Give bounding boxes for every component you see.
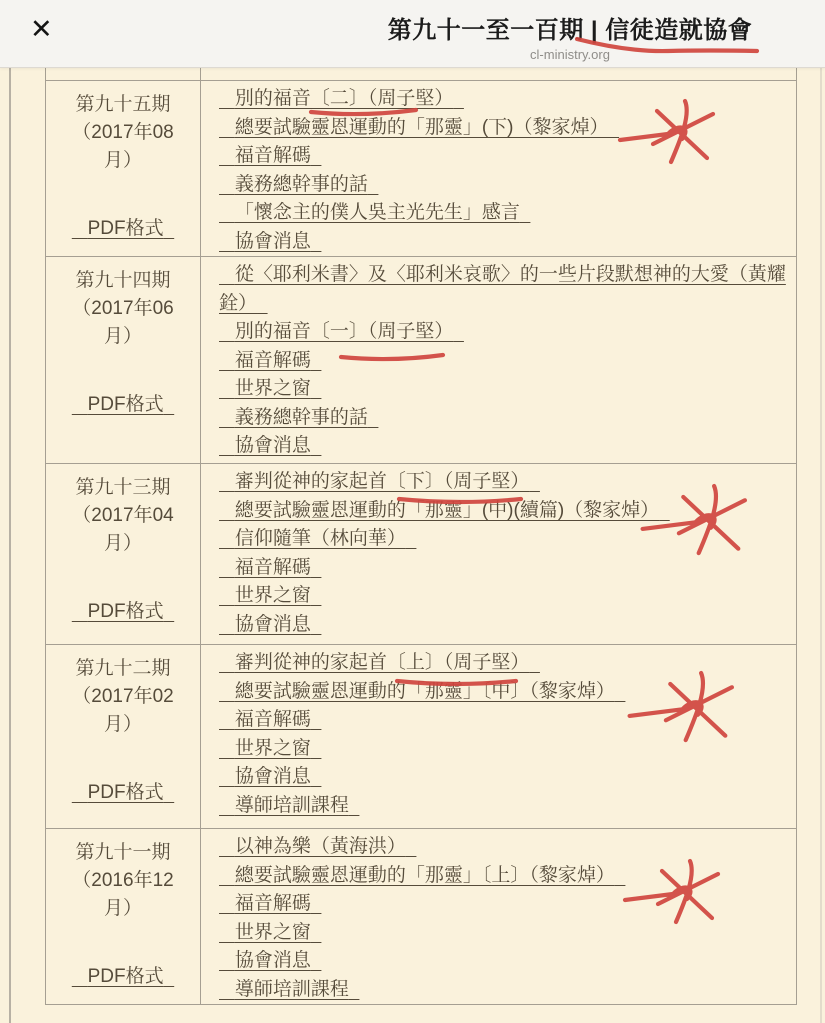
- table-row-partial: [46, 68, 797, 81]
- issues-table: 第九十五期（2017年08月）PDF格式別的福音〔二〕（周子堅）總要試驗靈恩運動…: [45, 67, 797, 1005]
- article-line: 信仰隨筆（林向華）: [219, 525, 788, 554]
- articles-cell: 審判從神的家起首〔下〕（周子堅）總要試驗靈恩運動的「那靈」(中)(續篇)（黎家焯…: [201, 464, 797, 645]
- site-url: cl-ministry.org: [358, 47, 782, 62]
- article-link[interactable]: 審判從神的家起首〔下〕（周子堅）: [219, 471, 540, 492]
- article-link[interactable]: 世界之窗: [219, 378, 321, 399]
- issue-cell: 第九十二期（2017年02月）PDF格式: [46, 645, 201, 829]
- article-line: 協會消息: [219, 611, 788, 640]
- article-line: 義務總幹事的話: [219, 404, 788, 433]
- article-line: 協會消息: [219, 947, 788, 976]
- issue-cell: 第九十一期（2016年12月）PDF格式: [46, 829, 201, 1005]
- article-line: 世界之窗: [219, 375, 788, 404]
- pdf-link[interactable]: PDF格式: [72, 598, 174, 626]
- article-link[interactable]: 總要試驗靈恩運動的「那靈」(下)（黎家焯）: [219, 117, 619, 138]
- issue-date: （2017年08月）: [61, 119, 185, 175]
- article-link[interactable]: 協會消息: [219, 614, 321, 635]
- article-link[interactable]: 信仰隨筆（林向華）: [219, 528, 416, 549]
- article-line: 世界之窗: [219, 735, 788, 764]
- article-line: 義務總幹事的話: [219, 171, 788, 200]
- article-link[interactable]: 義務總幹事的話: [219, 407, 378, 428]
- issue-cell: 第九十五期（2017年08月）PDF格式: [46, 81, 201, 257]
- article-link[interactable]: 福音解碼: [219, 145, 321, 166]
- article-link[interactable]: 世界之窗: [219, 922, 321, 943]
- issue-number: 第九十一期: [47, 839, 199, 867]
- article-link[interactable]: 福音解碼: [219, 893, 321, 914]
- article-line: 導師培訓課程: [219, 976, 788, 1005]
- article-link[interactable]: 協會消息: [219, 950, 321, 971]
- close-icon[interactable]: ✕: [30, 14, 53, 44]
- table-row: 第九十四期（2017年06月）PDF格式從〈耶利米書〉及〈耶利米哀歌〉的一些片段…: [46, 257, 797, 464]
- article-line: 別的福音〔二〕（周子堅）: [219, 85, 788, 114]
- issue-number: 第九十四期: [47, 267, 199, 295]
- article-line: 總要試驗靈恩運動的「那靈」〔上〕（黎家焯）: [219, 862, 788, 891]
- article-link[interactable]: 別的福音〔二〕（周子堅）: [219, 88, 464, 109]
- article-line: 福音解碼: [219, 554, 788, 583]
- article-line: 審判從神的家起首〔下〕（周子堅）: [219, 468, 788, 497]
- table-row: 第九十二期（2017年02月）PDF格式審判從神的家起首〔上〕（周子堅）總要試驗…: [46, 645, 797, 829]
- issue-date: （2017年02月）: [61, 683, 185, 739]
- pdf-link[interactable]: PDF格式: [72, 215, 174, 243]
- issue-cell: 第九十三期（2017年04月）PDF格式: [46, 464, 201, 645]
- article-line: 福音解碼: [219, 347, 788, 376]
- article-line: 福音解碼: [219, 890, 788, 919]
- articles-cell: 以神為樂（黃海洪）總要試驗靈恩運動的「那靈」〔上〕（黎家焯）福音解碼世界之窗協會…: [201, 829, 797, 1005]
- article-line: 協會消息: [219, 763, 788, 792]
- article-line: 福音解碼: [219, 706, 788, 735]
- issues-table-wrap: 第九十五期（2017年08月）PDF格式別的福音〔二〕（周子堅）總要試驗靈恩運動…: [45, 67, 796, 1005]
- article-link[interactable]: 世界之窗: [219, 585, 321, 606]
- table-row: 第九十三期（2017年04月）PDF格式審判從神的家起首〔下〕（周子堅）總要試驗…: [46, 464, 797, 645]
- articles-cell: [201, 68, 797, 81]
- article-link[interactable]: 導師培訓課程: [219, 979, 359, 1000]
- article-line: 審判從神的家起首〔上〕（周子堅）: [219, 649, 788, 678]
- issue-number: 第九十五期: [47, 91, 199, 119]
- issue-date: （2017年04月）: [61, 502, 185, 558]
- page-left-border: [9, 67, 11, 1023]
- article-link[interactable]: 福音解碼: [219, 557, 321, 578]
- article-line: 世界之窗: [219, 582, 788, 611]
- article-link[interactable]: 「懷念主的僕人吳主光先生」感言: [219, 202, 530, 223]
- issue-date: （2017年06月）: [61, 295, 185, 351]
- issue-date: （2016年12月）: [61, 867, 185, 923]
- article-line: 總要試驗靈恩運動的「那靈」(下)（黎家焯）: [219, 114, 788, 143]
- article-link[interactable]: 導師培訓課程: [219, 795, 359, 816]
- article-link[interactable]: 從〈耶利米書〉及〈耶利米哀歌〉的一些片段默想神的大愛（黃耀銓）: [219, 264, 786, 314]
- article-link[interactable]: 福音解碼: [219, 709, 321, 730]
- article-link[interactable]: 總要試驗靈恩運動的「那靈」〔中〕（黎家焯）: [219, 681, 625, 702]
- issues-table-body: 第九十五期（2017年08月）PDF格式別的福音〔二〕（周子堅）總要試驗靈恩運動…: [46, 68, 797, 1005]
- article-line: 協會消息: [219, 432, 788, 461]
- articles-cell: 審判從神的家起首〔上〕（周子堅）總要試驗靈恩運動的「那靈」〔中〕（黎家焯）福音解…: [201, 645, 797, 829]
- issue-number: 第九十三期: [47, 474, 199, 502]
- article-line: 總要試驗靈恩運動的「那靈」〔中〕（黎家焯）: [219, 678, 788, 707]
- article-link[interactable]: 世界之窗: [219, 738, 321, 759]
- page-right-border: [820, 67, 822, 1023]
- browser-header: ✕ 第九十一至一百期 | 信徒造就協會 cl-ministry.org: [0, 0, 825, 68]
- article-line: 世界之窗: [219, 919, 788, 948]
- article-line: 福音解碼: [219, 142, 788, 171]
- article-link[interactable]: 審判從神的家起首〔上〕（周子堅）: [219, 652, 540, 673]
- article-link[interactable]: 協會消息: [219, 435, 321, 456]
- article-line: 總要試驗靈恩運動的「那靈」(中)(續篇)（黎家焯）: [219, 497, 788, 526]
- page-title: 第九十一至一百期 | 信徒造就協會: [358, 10, 782, 45]
- article-link[interactable]: 協會消息: [219, 231, 321, 252]
- pdf-link[interactable]: PDF格式: [72, 391, 174, 419]
- pdf-link[interactable]: PDF格式: [72, 963, 174, 991]
- article-link[interactable]: 總要試驗靈恩運動的「那靈」〔上〕（黎家焯）: [219, 865, 625, 886]
- article-link[interactable]: 協會消息: [219, 766, 321, 787]
- article-line: 協會消息: [219, 228, 788, 257]
- article-link[interactable]: 別的福音〔一〕（周子堅）: [219, 321, 464, 342]
- table-row: 第九十一期（2016年12月）PDF格式以神為樂（黃海洪）總要試驗靈恩運動的「那…: [46, 829, 797, 1005]
- issue-cell: [46, 68, 201, 81]
- article-line: 導師培訓課程: [219, 792, 788, 821]
- article-line: 「懷念主的僕人吳主光先生」感言: [219, 199, 788, 228]
- screen: ✕ 第九十一至一百期 | 信徒造就協會 cl-ministry.org 第九十五…: [0, 0, 825, 1023]
- article-line: 別的福音〔一〕（周子堅）: [219, 318, 788, 347]
- title-block: 第九十一至一百期 | 信徒造就協會 cl-ministry.org: [358, 10, 782, 62]
- articles-cell: 別的福音〔二〕（周子堅）總要試驗靈恩運動的「那靈」(下)（黎家焯）福音解碼義務總…: [201, 81, 797, 257]
- pdf-link[interactable]: PDF格式: [72, 779, 174, 807]
- issue-cell: 第九十四期（2017年06月）PDF格式: [46, 257, 201, 464]
- article-link[interactable]: 總要試驗靈恩運動的「那靈」(中)(續篇)（黎家焯）: [219, 500, 670, 521]
- article-line: 從〈耶利米書〉及〈耶利米哀歌〉的一些片段默想神的大愛（黃耀銓）: [219, 261, 788, 318]
- article-link[interactable]: 福音解碼: [219, 350, 321, 371]
- table-row: 第九十五期（2017年08月）PDF格式別的福音〔二〕（周子堅）總要試驗靈恩運動…: [46, 81, 797, 257]
- article-link[interactable]: 以神為樂（黃海洪）: [219, 836, 416, 857]
- article-link[interactable]: 義務總幹事的話: [219, 174, 378, 195]
- articles-cell: 從〈耶利米書〉及〈耶利米哀歌〉的一些片段默想神的大愛（黃耀銓）別的福音〔一〕（周…: [201, 257, 797, 464]
- article-line: 以神為樂（黃海洪）: [219, 833, 788, 862]
- issue-number: 第九十二期: [47, 655, 199, 683]
